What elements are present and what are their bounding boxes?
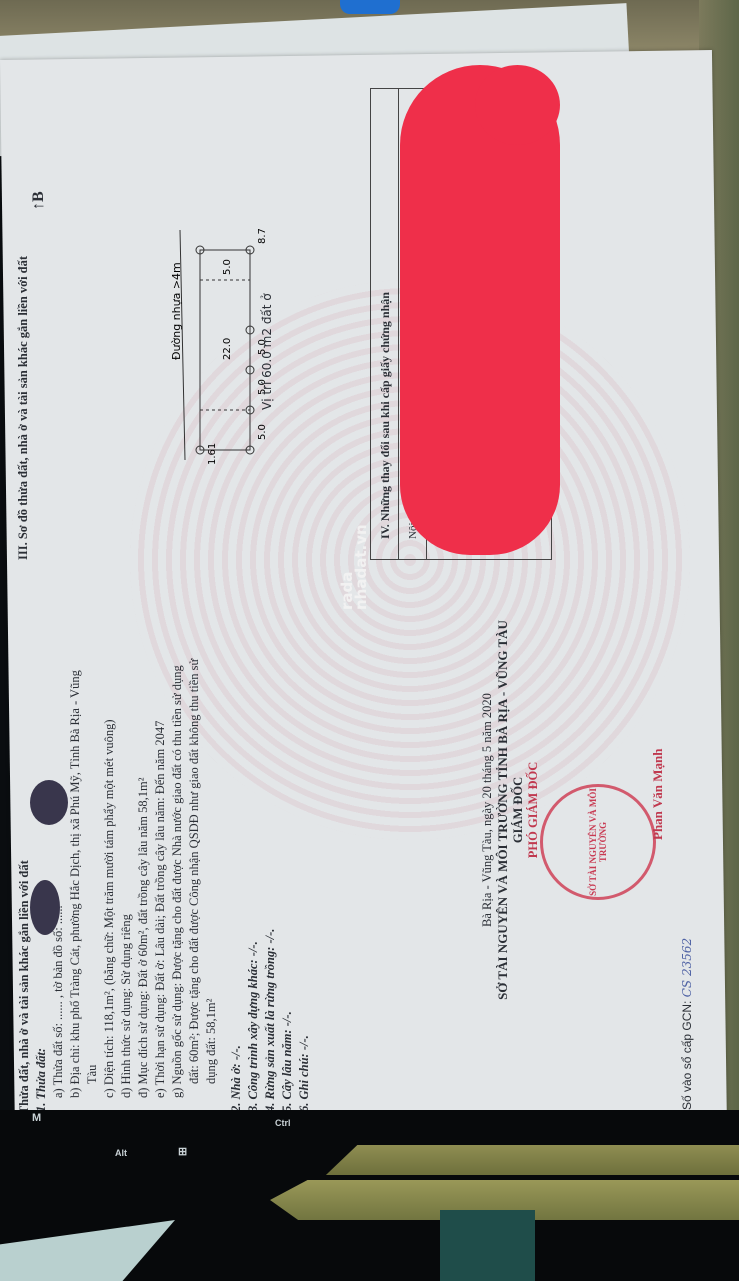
item-house: 2. Nhà ở: -/-. <box>228 570 245 1130</box>
svg-text:Đường nhựa >4m: Đường nhựa >4m <box>170 262 183 360</box>
section-4-heading: IV. Những thay đổi sau khi cấp giấy chứn… <box>371 89 399 559</box>
gcn-label: Số vào sổ cấp GCN: <box>680 1001 694 1110</box>
svg-text:5.0: 5.0 <box>222 259 233 275</box>
svg-text:8.7: 8.7 <box>257 228 268 244</box>
svg-text:22.0: 22.0 <box>222 338 233 360</box>
windows-key-icon: ⊞ <box>178 1145 187 1158</box>
parcel-address: b) Địa chỉ: khu phố Tràng Cát, phường Hắ… <box>67 570 84 1130</box>
usage-purpose: đ) Mục đích sử dụng: Đất ở 60m², đất trồ… <box>135 570 152 1130</box>
ink-smudge-redaction <box>30 780 68 825</box>
keyboard-key: M <box>32 1112 41 1124</box>
north-label: B <box>30 191 47 202</box>
item-perennial: 5. Cây lâu năm: -/-. <box>279 570 296 1130</box>
blue-pen <box>340 0 400 14</box>
keyboard-key: Ctrl <box>275 1118 291 1128</box>
keyboard-key: Alt <box>115 1148 127 1158</box>
ink-smudge-redaction <box>30 880 60 935</box>
signature-block: Bà Rịa - Vũng Tàu, ngày 20 tháng 5 năm 2… <box>480 600 541 1020</box>
teal-object <box>440 1210 535 1281</box>
official-stamp: SỞ TÀI NGUYÊN VÀ MÔI TRƯỜNG <box>540 784 656 900</box>
section-2-parcel-info: II. Thửa đất, nhà ở và tài sản khác gắn … <box>16 570 313 1130</box>
parcel-address-cont: Tàu <box>84 570 101 1130</box>
usage-form: d) Hình thức sử dụng: Sử dụng riêng <box>118 570 135 1130</box>
item-other-construction: 3. Công trình xây dựng khác: -/-. <box>245 570 262 1130</box>
red-heart-redaction-lobe <box>475 65 560 145</box>
item-notes: 6. Ghi chú: -/-. <box>296 570 313 1130</box>
issuing-org: SỞ TÀI NGUYÊN VÀ MÔI TRƯỜNG TỈNH BÀ RỊA … <box>495 600 511 1020</box>
gcn-register-number: Số vào sổ cấp GCN: CS 23562 <box>680 938 694 1110</box>
signer-name: Phan Văn Mạnh <box>650 748 666 840</box>
certificate-page: II. Thửa đất, nhà ở và tài sản khác gắn … <box>10 80 710 1140</box>
item-forest: 4. Rừng sản xuất là rừng trồng: -/-. <box>262 570 279 1130</box>
svg-text:1.61: 1.61 <box>207 443 218 465</box>
role-deputy-director: PHÓ GIÁM ĐỐC <box>526 600 541 1020</box>
usage-origin-cont: đất: 60m²; Được tặng cho đất được Công n… <box>186 570 203 1130</box>
subsection-parcel: 1. Thửa đất: <box>33 570 50 1130</box>
parcel-area: c) Diện tích: 118,1m², (bằng chữ: Một tr… <box>101 570 118 1130</box>
parcel-number: a) Thửa đất số: ...... , tờ bản đồ số: .… <box>50 570 67 1130</box>
sketch-caption: Vị trí 60.0 m2 đất ở <box>260 293 274 410</box>
usage-origin: g) Nguồn gốc sử dụng: Được tặng cho đất … <box>169 570 186 1130</box>
place-date: Bà Rịa - Vũng Tàu, ngày 20 tháng 5 năm 2… <box>480 600 495 1020</box>
section-2-heading: II. Thửa đất, nhà ở và tài sản khác gắn … <box>16 570 33 1130</box>
role-director: GIÁM ĐỐC <box>511 600 526 1020</box>
green-folder-edge <box>290 1145 739 1175</box>
usage-origin-cont2: dụng đất: 58,1m² <box>203 570 220 1130</box>
svg-text:5.0: 5.0 <box>257 424 268 440</box>
radanhadat-watermark: rada nhadat.vn <box>340 524 368 610</box>
gcn-value: CS 23562 <box>680 938 694 997</box>
section-3-heading: III. Sơ đồ thửa đất, nhà ở và tài sản kh… <box>16 256 31 560</box>
north-arrow-icon: ↑B <box>30 191 48 210</box>
usage-term: e) Thời hạn sử dụng: Đất ở: Lâu dài; Đất… <box>152 570 169 1130</box>
